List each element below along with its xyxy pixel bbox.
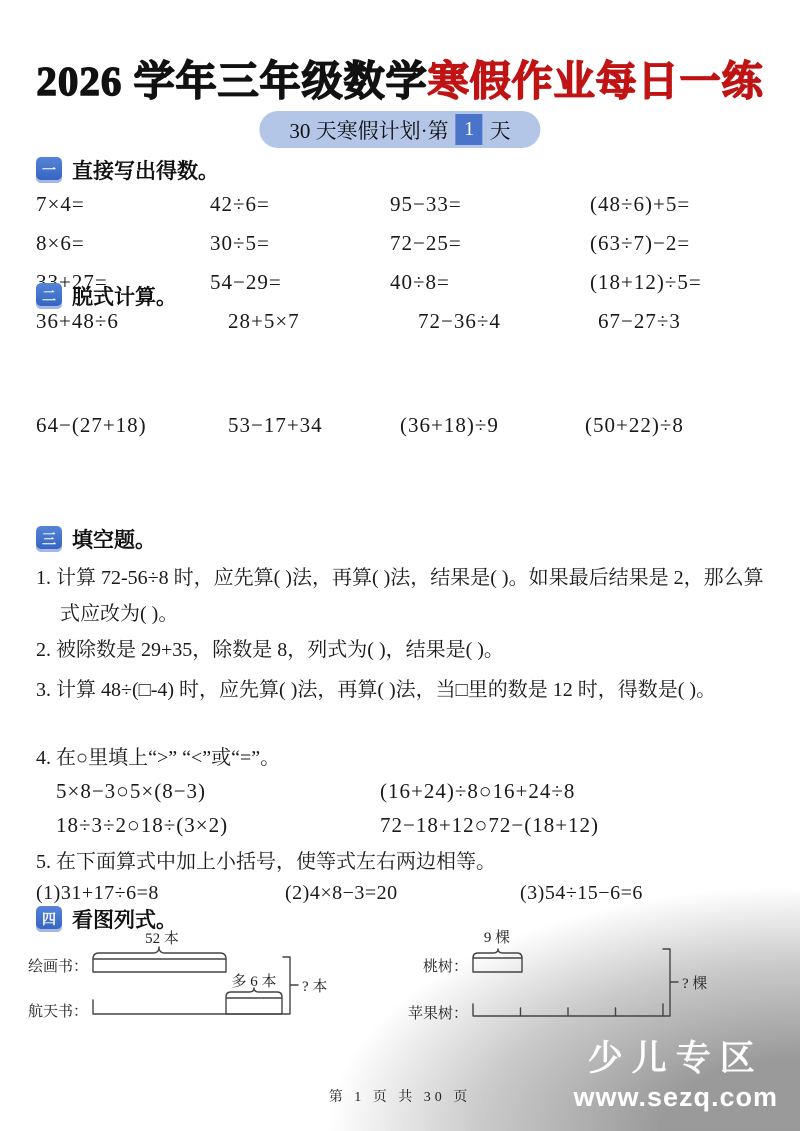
oral-expression: (63÷7)−2= — [590, 229, 780, 258]
plan-day-prefix: 30 天寒假计划·第 — [289, 115, 448, 145]
oral-expression: 42÷6= — [210, 190, 390, 219]
plan-day-pill: 30 天寒假计划·第 1 天 — [259, 111, 540, 148]
worksheet-page: 2026 学年三年级数学寒假作业每日一练 30 天寒假计划·第 1 天 一 直接… — [0, 0, 800, 1131]
section-1-title: 直接写出得数。 — [72, 155, 219, 185]
oral-expression: (48÷6)+5= — [590, 190, 780, 219]
section-1-number-icon: 一 — [36, 157, 62, 183]
fill-blank-item-4: 4. 在○里填上“>” “<”或“=”。 — [36, 740, 782, 776]
fill-blank-item-3: 3. 计算 48÷(□-4) 时，应先算( )法，再算( )法，当□里的数是 1… — [36, 672, 782, 708]
section-3-header: 三 填空题。 — [36, 524, 156, 554]
section-3-number-icon: 三 — [36, 526, 62, 552]
stepwise-expression: 53−17+34 — [228, 411, 400, 439]
trees-bar-diagram: 9 棵 桃树： 苹果树： ? 棵 — [408, 928, 738, 1028]
trees-bar1-label: 桃树： — [423, 957, 468, 975]
oral-expression: 7×4= — [36, 190, 210, 219]
books-total-brace — [283, 957, 298, 1014]
compare-expressions-grid: 5×8−3○5×(8−3) (16+24)÷8○16+24÷8 18÷3÷2○1… — [36, 774, 782, 842]
fill-blank-item-5: 5. 在下面算式中加上小括号，使等式左右两边相等。 — [36, 844, 782, 880]
fill-blank-item-1: 1. 计算 72-56÷8 时，应先算( )法，再算( )法，结果是( )。如果… — [36, 560, 782, 632]
trees-unit-box — [473, 958, 522, 972]
section-2-number-icon: 二 — [36, 283, 62, 309]
stepwise-row-1: 36+48÷6 28+5×7 72−36÷4 67−27÷3 — [36, 307, 780, 335]
page-number: 第 1 页 共 30 页 — [0, 1086, 800, 1106]
books-bar-diagram: 52 本 绘画书： 多 6 本 航天书： ? 本 — [26, 928, 346, 1028]
compare-expression: 72−18+12○72−(18+12) — [380, 808, 782, 842]
compare-expression: 5×8−3○5×(8−3) — [56, 774, 380, 808]
stepwise-row-2: 64−(27+18) 53−17+34 (36+18)÷9 (50+22)÷8 — [36, 411, 780, 439]
oral-expression: 95−33= — [390, 190, 590, 219]
oral-expression: 40÷8= — [390, 268, 590, 297]
books-extra-box — [226, 998, 282, 1014]
oral-expression: (18+12)÷5= — [590, 268, 780, 297]
books-bar1-label: 绘画书： — [28, 957, 88, 975]
watermark-name: 少儿专区 — [573, 1038, 778, 1080]
trees-bar2-label: 苹果树： — [408, 1004, 468, 1022]
page-title-red: 寒假作业每日一练 — [428, 58, 764, 104]
parentheses-expression: (3)54÷15−6=6 — [520, 876, 782, 910]
stepwise-expression: 28+5×7 — [228, 307, 418, 335]
trees-top-value-label: 9 棵 — [484, 928, 510, 946]
books-bar2 — [93, 1000, 282, 1014]
oral-expression: 30÷5= — [210, 229, 390, 258]
books-total-label: ? 本 — [302, 978, 327, 995]
trees-segmented-bar — [473, 1004, 663, 1016]
parentheses-expression: (2)4×8−3=20 — [285, 876, 520, 910]
stepwise-expression: 67−27÷3 — [598, 307, 780, 335]
compare-expression: (16+24)÷8○16+24÷8 — [380, 774, 782, 808]
stepwise-expression: (50+22)÷8 — [585, 411, 780, 439]
books-top-brace — [93, 947, 226, 959]
fill-blank-item-2: 2. 被除数是 29+35，除数是 8，列式为( )，结果是( )。 — [36, 632, 782, 668]
stepwise-expression: 72−36÷4 — [418, 307, 598, 335]
trees-total-brace — [663, 949, 678, 1016]
page-title-black: 2026 学年三年级数学 — [36, 58, 427, 104]
plan-day-suffix: 天 — [490, 115, 511, 145]
books-bar1 — [93, 959, 226, 972]
oral-expression: 54−29= — [210, 268, 390, 297]
oral-expression: 8×6= — [36, 229, 210, 258]
trees-total-label: ? 棵 — [682, 974, 707, 992]
section-3-title: 填空题。 — [72, 524, 156, 554]
stepwise-expression: 64−(27+18) — [36, 411, 228, 439]
books-top-value-label: 52 本 — [145, 930, 179, 947]
stepwise-expression: 36+48÷6 — [36, 307, 228, 335]
section-1-header: 一 直接写出得数。 — [36, 155, 219, 185]
compare-expression: 18÷3÷2○18÷(3×2) — [56, 808, 380, 842]
trees-top-brace — [473, 949, 522, 958]
day-number-badge: 1 — [456, 114, 483, 145]
books-bar2-label: 航天书： — [28, 1002, 88, 1020]
oral-expression: 72−25= — [390, 229, 590, 258]
stepwise-expression: (36+18)÷9 — [400, 411, 585, 439]
page-title: 2026 学年三年级数学寒假作业每日一练 — [0, 48, 800, 107]
